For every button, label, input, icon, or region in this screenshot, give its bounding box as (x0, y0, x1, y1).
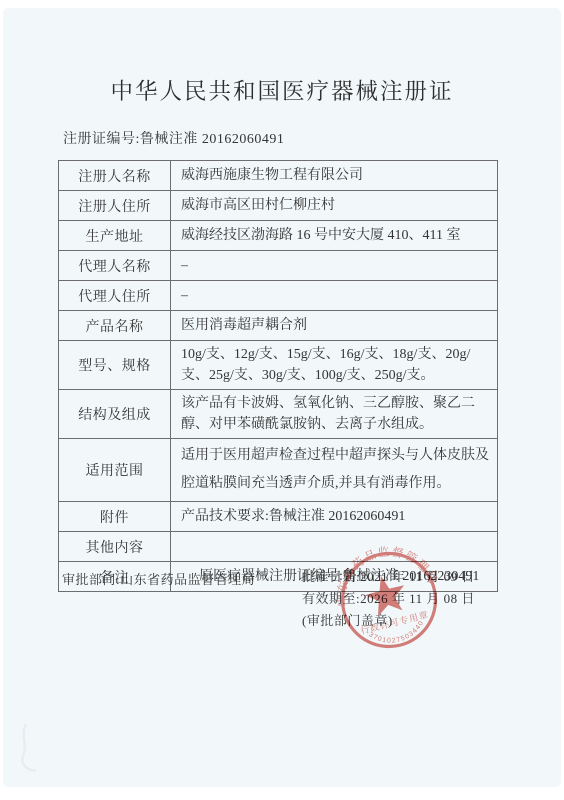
table-row: 产品名称 医用消毒超声耦合剂 (59, 311, 497, 341)
approval-dates: 批准日期:2021 年 11 月 09 日 有效期至:2026 年 11 月 0… (302, 566, 475, 632)
certificate-page: 中华人民共和国医疗器械注册证 注册证编号:鲁械注准 20162060491 注册… (0, 0, 564, 800)
approve-date: 批准日期:2021 年 11 月 09 日 (302, 566, 475, 588)
row-label: 结构及组成 (59, 390, 171, 438)
row-value: – (171, 251, 497, 280)
row-value: 该产品有卡波姆、氢氧化钠、三乙醇胺、聚乙二醇、对甲苯磺酰氯胺钠、去离子水组成。 (171, 390, 497, 438)
row-label: 附件 (59, 502, 171, 531)
row-label: 型号、规格 (59, 341, 171, 389)
row-label: 适用范围 (59, 439, 171, 501)
table-row: 结构及组成 该产品有卡波姆、氢氧化钠、三乙醇胺、聚乙二醇、对甲苯磺酰氯胺钠、去离… (59, 390, 497, 439)
table-row: 型号、规格 10g/支、12g/支、15g/支、16g/支、18g/支、20g/… (59, 341, 497, 390)
table-row: 代理人名称 – (59, 251, 497, 281)
table-row: 注册人名称 威海西施康生物工程有限公司 (59, 161, 497, 191)
page-title: 中华人民共和国医疗器械注册证 (0, 74, 564, 106)
row-value: 医用消毒超声耦合剂 (171, 311, 497, 340)
table-row: 生产地址 威海经技区渤海路 16 号中安大厦 410、411 室 (59, 221, 497, 251)
row-value: – (171, 281, 497, 310)
row-value: 10g/支、12g/支、15g/支、16g/支、18g/支、20g/支、25g/… (171, 341, 497, 389)
row-label: 代理人住所 (59, 281, 171, 310)
table-row: 适用范围 适用于医用超声检查过程中超声探头与人体皮肤及腔道粘膜间充当透声介质,并… (59, 439, 497, 502)
table-row: 其他内容 (59, 532, 497, 562)
row-value: 威海市高区田村仁柳庄村 (171, 191, 497, 220)
row-label: 代理人名称 (59, 251, 171, 280)
table-row: 代理人住所 – (59, 281, 497, 311)
row-value: 威海经技区渤海路 16 号中安大厦 410、411 室 (171, 221, 497, 250)
row-label: 其他内容 (59, 532, 171, 561)
valid-until-date: 有效期至:2026 年 11 月 08 日 (302, 588, 475, 610)
row-value: 适用于医用超声检查过程中超声探头与人体皮肤及腔道粘膜间充当透声介质,并具有消毒作… (171, 439, 497, 501)
row-value: 威海西施康生物工程有限公司 (171, 161, 497, 190)
row-label: 注册人名称 (59, 161, 171, 190)
certificate-number-line: 注册证编号:鲁械注准 20162060491 (63, 128, 284, 148)
certificate-table: 注册人名称 威海西施康生物工程有限公司 注册人住所 威海市高区田村仁柳庄村 生产… (58, 160, 498, 592)
row-value: 产品技术要求:鲁械注准 20162060491 (171, 502, 497, 531)
table-row: 注册人住所 威海市高区田村仁柳庄村 (59, 191, 497, 221)
seal-note: (审批部门盖章) (302, 610, 475, 632)
approval-department: 审批部门:山东省药品监督管理局 (62, 569, 255, 588)
row-label: 产品名称 (59, 311, 171, 340)
row-label: 生产地址 (59, 221, 171, 250)
row-label: 注册人住所 (59, 191, 171, 220)
row-value (171, 532, 497, 561)
table-row: 附件 产品技术要求:鲁械注准 20162060491 (59, 502, 497, 532)
